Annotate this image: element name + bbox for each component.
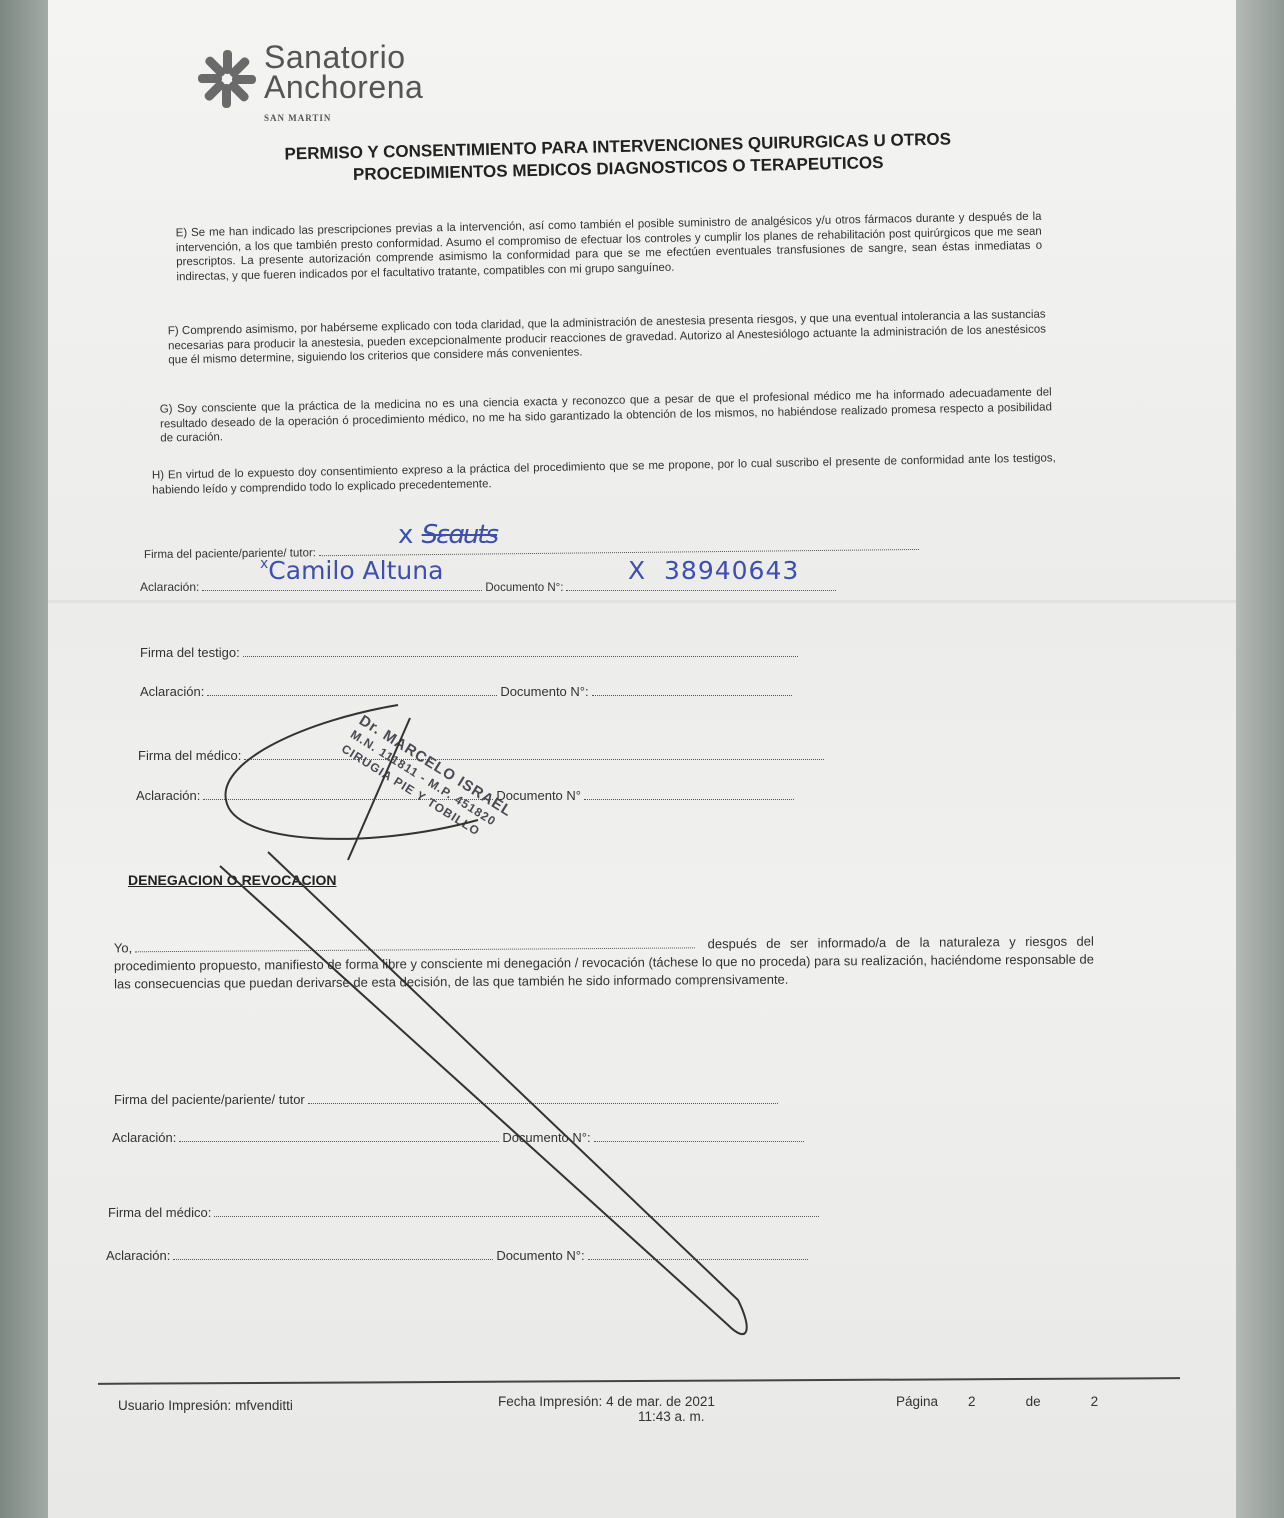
background-fabric-left (0, 0, 48, 1518)
revocation-strike-through (220, 852, 747, 1334)
background-fabric-right (1234, 0, 1284, 1518)
footer-page-total: 2 (1091, 1394, 1099, 1409)
doctor-signature-stroke (348, 718, 410, 860)
footer-date-label: Fecha Impresión: (498, 1394, 602, 1409)
doctor-signature-loop (226, 705, 478, 839)
footer-date: Fecha Impresión: 4 de mar. de 2021 11:43… (498, 1394, 715, 1424)
footer-page-current: 2 (968, 1394, 976, 1409)
footer-page-label: Página (896, 1394, 938, 1409)
footer-page-of: de (1026, 1394, 1041, 1409)
footer-user: Usuario Impresión: mfvenditti (118, 1398, 293, 1413)
footer-user-label: Usuario Impresión: (118, 1398, 231, 1413)
footer-date-value: 4 de mar. de 2021 (606, 1394, 715, 1409)
footer-page: Página 2 de 2 (896, 1394, 1098, 1409)
pen-strokes (48, 0, 1236, 1518)
footer-user-value: mfvenditti (235, 1398, 293, 1413)
consent-document-page: Sanatorio Anchorena SAN MARTIN PERMISO Y… (48, 0, 1236, 1518)
footer-time-value: 11:43 a. m. (638, 1409, 715, 1424)
